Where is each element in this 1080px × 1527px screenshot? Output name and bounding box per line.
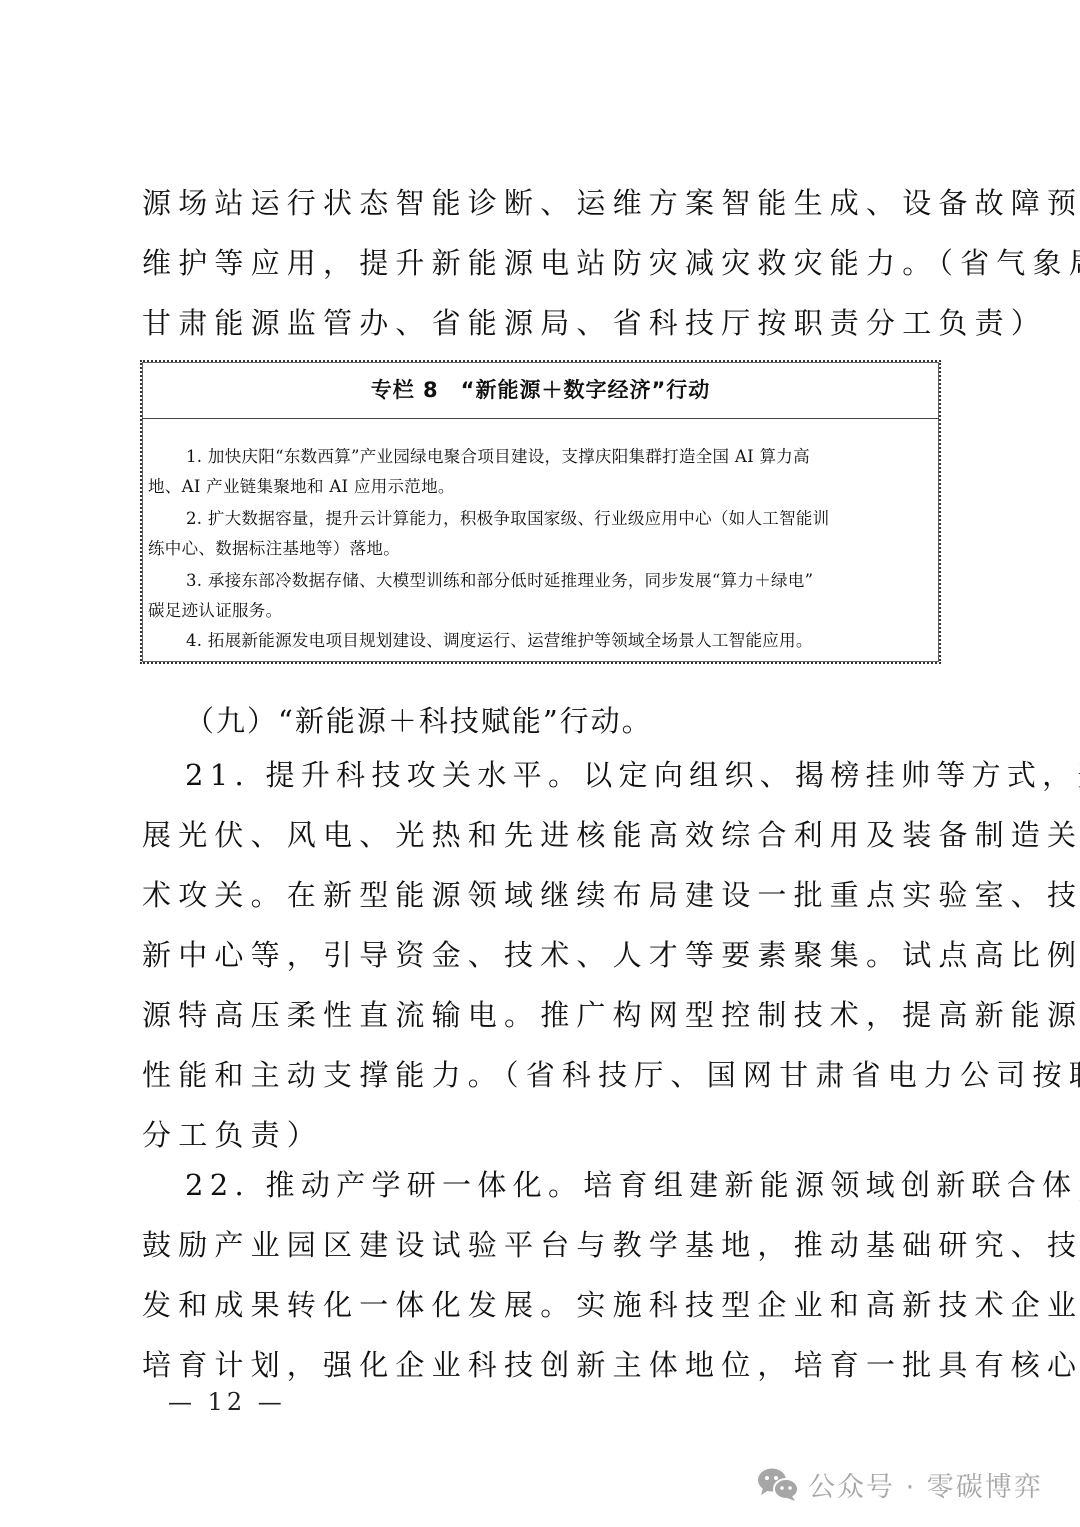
column-item-1: 1. 加快庆阳“东数西算”产业园绿电聚合项目建设，支撑庆阳集群打造全国 AI 算…: [148, 442, 971, 472]
watermark-text: 公众号 · 零碳博弈: [808, 1465, 1043, 1504]
text-line: 21. 提升科技攻关水平。以定向组织、揭榜挂帅等方式，开: [185, 755, 945, 795]
column-item-3-cont: 碳足迹认证服务。: [148, 596, 933, 626]
column-item-4: 4. 拓展新能源发电项目规划建设、调度运行、运营维护等领域全场景人工智能应用。: [148, 626, 971, 656]
text-line: 源场站运行状态智能诊断、运维方案智能生成、设备故障预测性: [142, 183, 942, 223]
column-box-title: 专栏 8 “新能源＋数字经济”行动: [142, 362, 939, 419]
wechat-icon: [756, 1466, 800, 1502]
text-line: 维护等应用，提升新能源电站防灾减灾救灾能力。（省气象局、: [142, 243, 942, 283]
column-box: 专栏 8 “新能源＋数字经济”行动 1. 加快庆阳“东数西算”产业园绿电聚合项目…: [140, 360, 941, 664]
text-line: 分工负责）: [142, 1115, 942, 1155]
text-line: 22. 推动产学研一体化。培育组建新能源领域创新联合体，: [185, 1165, 945, 1205]
text-line: 源特高压柔性直流输电。推广构网型控制技术，提高新能源涉网: [142, 995, 942, 1035]
column-item-1-cont: 地、AI 产业链集聚地和 AI 应用示范地。: [148, 472, 933, 502]
document-page: 源场站运行状态智能诊断、运维方案智能生成、设备故障预测性 维护等应用，提升新能源…: [0, 0, 1080, 1527]
text-line: 鼓励产业园区建设试验平台与教学基地，推动基础研究、技术开: [142, 1225, 942, 1265]
column-item-2: 2. 扩大数据容量，提升云计算能力，积极争取国家级、行业级应用中心（如人工智能训: [148, 504, 971, 534]
text-line: 新中心等，引导资金、技术、人才等要素聚集。试点高比例新能: [142, 935, 942, 975]
section-heading: （九）“新能源＋科技赋能”行动。: [185, 701, 985, 741]
text-line: 术攻关。在新型能源领域继续布局建设一批重点实验室、技术创: [142, 875, 942, 915]
watermark: 公众号 · 零碳博弈: [756, 1464, 1043, 1504]
text-line: 发和成果转化一体化发展。实施科技型企业和高新技术企业梯次: [142, 1285, 942, 1325]
text-line: 培育计划，强化企业科技创新主体地位，培育一批具有核心竞争: [142, 1345, 942, 1385]
column-item-3: 3. 承接东部冷数据存储、大模型训练和部分低时延推理业务，同步发展“算力＋绿电”: [148, 566, 971, 596]
text-line: 展光伏、风电、光热和先进核能高效综合利用及装备制造关键技: [142, 815, 942, 855]
text-line: 甘肃能源监管办、省能源局、省科技厅按职责分工负责）: [142, 303, 942, 343]
page-number: — 12 —: [168, 1388, 286, 1416]
text-line: 性能和主动支撑能力。（省科技厅、国网甘肃省电力公司按职责: [142, 1055, 942, 1095]
column-item-2-cont: 练中心、数据标注基地等）落地。: [148, 534, 933, 564]
